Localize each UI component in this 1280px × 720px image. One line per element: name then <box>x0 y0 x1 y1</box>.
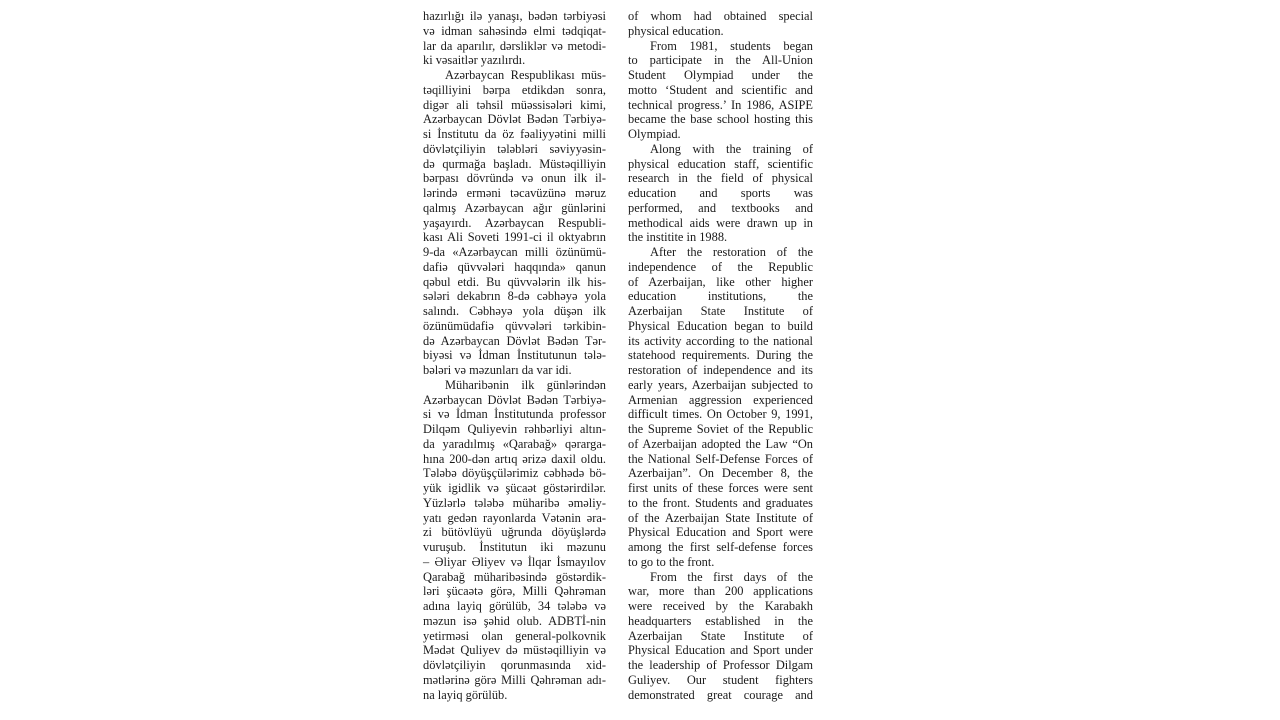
text-line: early years, Azerbaijan subjected to <box>628 378 813 393</box>
text-line: war, more than 200 applications <box>628 584 813 599</box>
text-line: physical education staff, scientific <box>628 157 813 172</box>
text-line: independence of the Republic <box>628 260 813 275</box>
text-line: first units of these forces were sent <box>628 481 813 496</box>
text-line: və idman sahəsində elmi tədqiqat- <box>423 24 606 39</box>
text-line: yetirməsi olan general-polkovnik <box>423 629 606 644</box>
text-line: of Azerbaijan, like other higher <box>628 275 813 290</box>
text-line: hına 200-dən artıq ərizə daxil oldu. <box>423 452 606 467</box>
text-line: of Azerbaijan adopted the Law “On <box>628 437 813 452</box>
text-line: Müharibənin ilk günlərindən <box>423 378 606 393</box>
text-line: təqilliyini bərpa etdikdən sonra, <box>423 83 606 98</box>
text-line: adına layiq görülüb, 34 tələbə və <box>423 599 606 614</box>
text-line: of the Azerbaijan State Institute of <box>628 511 813 526</box>
text-line: sələri dekabrın 8-də cəbhəyə yola <box>423 289 606 304</box>
text-line: dafiə qüvvələri haqqında» qanun <box>423 260 606 275</box>
text-line: the institite in 1988. <box>628 230 813 245</box>
text-line: – Əliyar Əliyev və İlqar İsmayılov <box>423 555 606 570</box>
right-column-english-text: of whom had obtained specialphysical edu… <box>628 9 813 702</box>
text-line: Yüzlərlə tələbə müharibə əməliy- <box>423 496 606 511</box>
text-line: the Supreme Soviet of the Republic <box>628 422 813 437</box>
text-line: da yaradılmış «Qarabağ» qərarga- <box>423 437 606 452</box>
text-line: Azərbaycan Dövlət Bədən Tərbiyə- <box>423 393 606 408</box>
text-line: hazırlığı ilə yanaşı, bədən tərbiyəsi <box>423 9 606 24</box>
text-line: performed, and textbooks and <box>628 201 813 216</box>
text-line: lərində erməni təcavüzünə məruz <box>423 186 606 201</box>
text-line: Student Olympiad under the <box>628 68 813 83</box>
text-line: bələri və məzunları da var idi. <box>423 363 606 378</box>
text-line: Azerbaijan State Institute of <box>628 304 813 319</box>
text-line: məzun isə şəhid olub. ADBTİ-nin <box>423 614 606 629</box>
text-line: bərpası dövründə və onun ilk il- <box>423 171 606 186</box>
text-line: vuruşub. İnstitutun iki məzunu <box>423 540 606 555</box>
text-line: Physical Education began to build <box>628 319 813 334</box>
text-line: methodical aids were drawn up in <box>628 216 813 231</box>
text-line: salındı. Cəbhəyə yola düşən ilk <box>423 304 606 319</box>
text-line: difficult times. On October 9, 1991, <box>628 407 813 422</box>
text-line: restoration of independence and its <box>628 363 813 378</box>
text-line: demonstrated great courage and <box>628 688 813 703</box>
text-line: də Azərbaycan Dövlət Bədən Tər- <box>423 334 606 349</box>
text-line: özünümüdafiə qüvvələri tərkibin- <box>423 319 606 334</box>
text-line: of whom had obtained special <box>628 9 813 24</box>
text-line: Physical Education and Sport were <box>628 525 813 540</box>
left-column-azerbaijani-text: hazırlığı ilə yanaşı, bədən tərbiyəsivə … <box>423 9 606 702</box>
text-line: na layiq görülüb. <box>423 688 606 703</box>
text-line: si İnstitutu da öz fəaliyyətini milli <box>423 127 606 142</box>
text-line: də qurmağa başladı. Müstəqilliyin <box>423 157 606 172</box>
text-line: the National Self-Defense Forces of <box>628 452 813 467</box>
text-line: si və İdman İnstitutunda professor <box>423 407 606 422</box>
text-line: Tələbə döyüşçülərimiz cəbhədə bö- <box>423 466 606 481</box>
text-line: headquarters established in the <box>628 614 813 629</box>
text-line: Olympiad. <box>628 127 813 142</box>
text-line: to the front. Students and graduates <box>628 496 813 511</box>
text-line: Along with the training of <box>628 142 813 157</box>
text-line: After the restoration of the <box>628 245 813 260</box>
text-line: From 1981, students began <box>628 39 813 54</box>
text-line: technical progress.’ In 1986, ASIPE <box>628 98 813 113</box>
text-line: 9-da «Azərbaycan milli özünümü- <box>423 245 606 260</box>
text-line: biyəsi və İdman İnstitutunun tələ- <box>423 348 606 363</box>
text-line: mətlərinə görə Milli Qəhrəman adı- <box>423 673 606 688</box>
text-line: the leadership of Professor Dilgam <box>628 658 813 673</box>
text-line: yük igidlik və şücaət göstərirdilər. <box>423 481 606 496</box>
text-line: research in the field of physical <box>628 171 813 186</box>
text-line: among the first self-defense forces <box>628 540 813 555</box>
text-line: Azərbaycan Respublikası müs- <box>423 68 606 83</box>
text-line: dövlətçiliyin qorunmasında xid- <box>423 658 606 673</box>
text-line: education institutions, the <box>628 289 813 304</box>
text-line: to participate in the All-Union <box>628 53 813 68</box>
text-line: ki vəsaitlər yazılırdı. <box>423 53 606 68</box>
text-line: qəbul etdi. Bu qüvvələrin ilk his- <box>423 275 606 290</box>
text-line: Qarabağ müharibəsində göstərdik- <box>423 570 606 585</box>
text-line: From the first days of the <box>628 570 813 585</box>
text-line: education and sports was <box>628 186 813 201</box>
text-line: physical education. <box>628 24 813 39</box>
text-line: digər ali təhsil müəssisələri kimi, <box>423 98 606 113</box>
text-line: Physical Education and Sport under <box>628 643 813 658</box>
text-line: qalmış Azərbaycan ağır günlərini <box>423 201 606 216</box>
text-line: to go to the front. <box>628 555 813 570</box>
text-line: dövlətçiliyin tələbləri səviyyəsin- <box>423 142 606 157</box>
text-line: were received by the Karabakh <box>628 599 813 614</box>
text-line: Armenian aggression experienced <box>628 393 813 408</box>
text-line: its activity according to the national <box>628 334 813 349</box>
text-line: Dilqəm Quliyevin rəhbərliyi altın- <box>423 422 606 437</box>
text-line: Azərbaycan Dövlət Bədən Tərbiyə- <box>423 112 606 127</box>
text-line: yatı gedən rayonlarda Vətənin əra- <box>423 511 606 526</box>
text-line: Azerbaijan”. On December 8, the <box>628 466 813 481</box>
text-line: ləri şücaətə görə, Milli Qəhrəman <box>423 584 606 599</box>
text-line: yaşayırdı. Azərbaycan Respubli- <box>423 216 606 231</box>
text-line: Guliyev. Our student fighters <box>628 673 813 688</box>
text-line: became the base school hosting this <box>628 112 813 127</box>
text-line: lar da aparılır, dərsliklər və metodi- <box>423 39 606 54</box>
text-line: kası Ali Soveti 1991-ci il oktyabrın <box>423 230 606 245</box>
document-page: hazırlığı ilə yanaşı, bədən tərbiyəsivə … <box>0 0 1280 720</box>
text-line: Mədət Quliyev də müstəqilliyin və <box>423 643 606 658</box>
text-line: zi bütövlüyü uğrunda döyüşlərdə <box>423 525 606 540</box>
text-line: Azerbaijan State Institute of <box>628 629 813 644</box>
text-line: statehood requirements. During the <box>628 348 813 363</box>
text-line: motto ‘Student and scientific and <box>628 83 813 98</box>
